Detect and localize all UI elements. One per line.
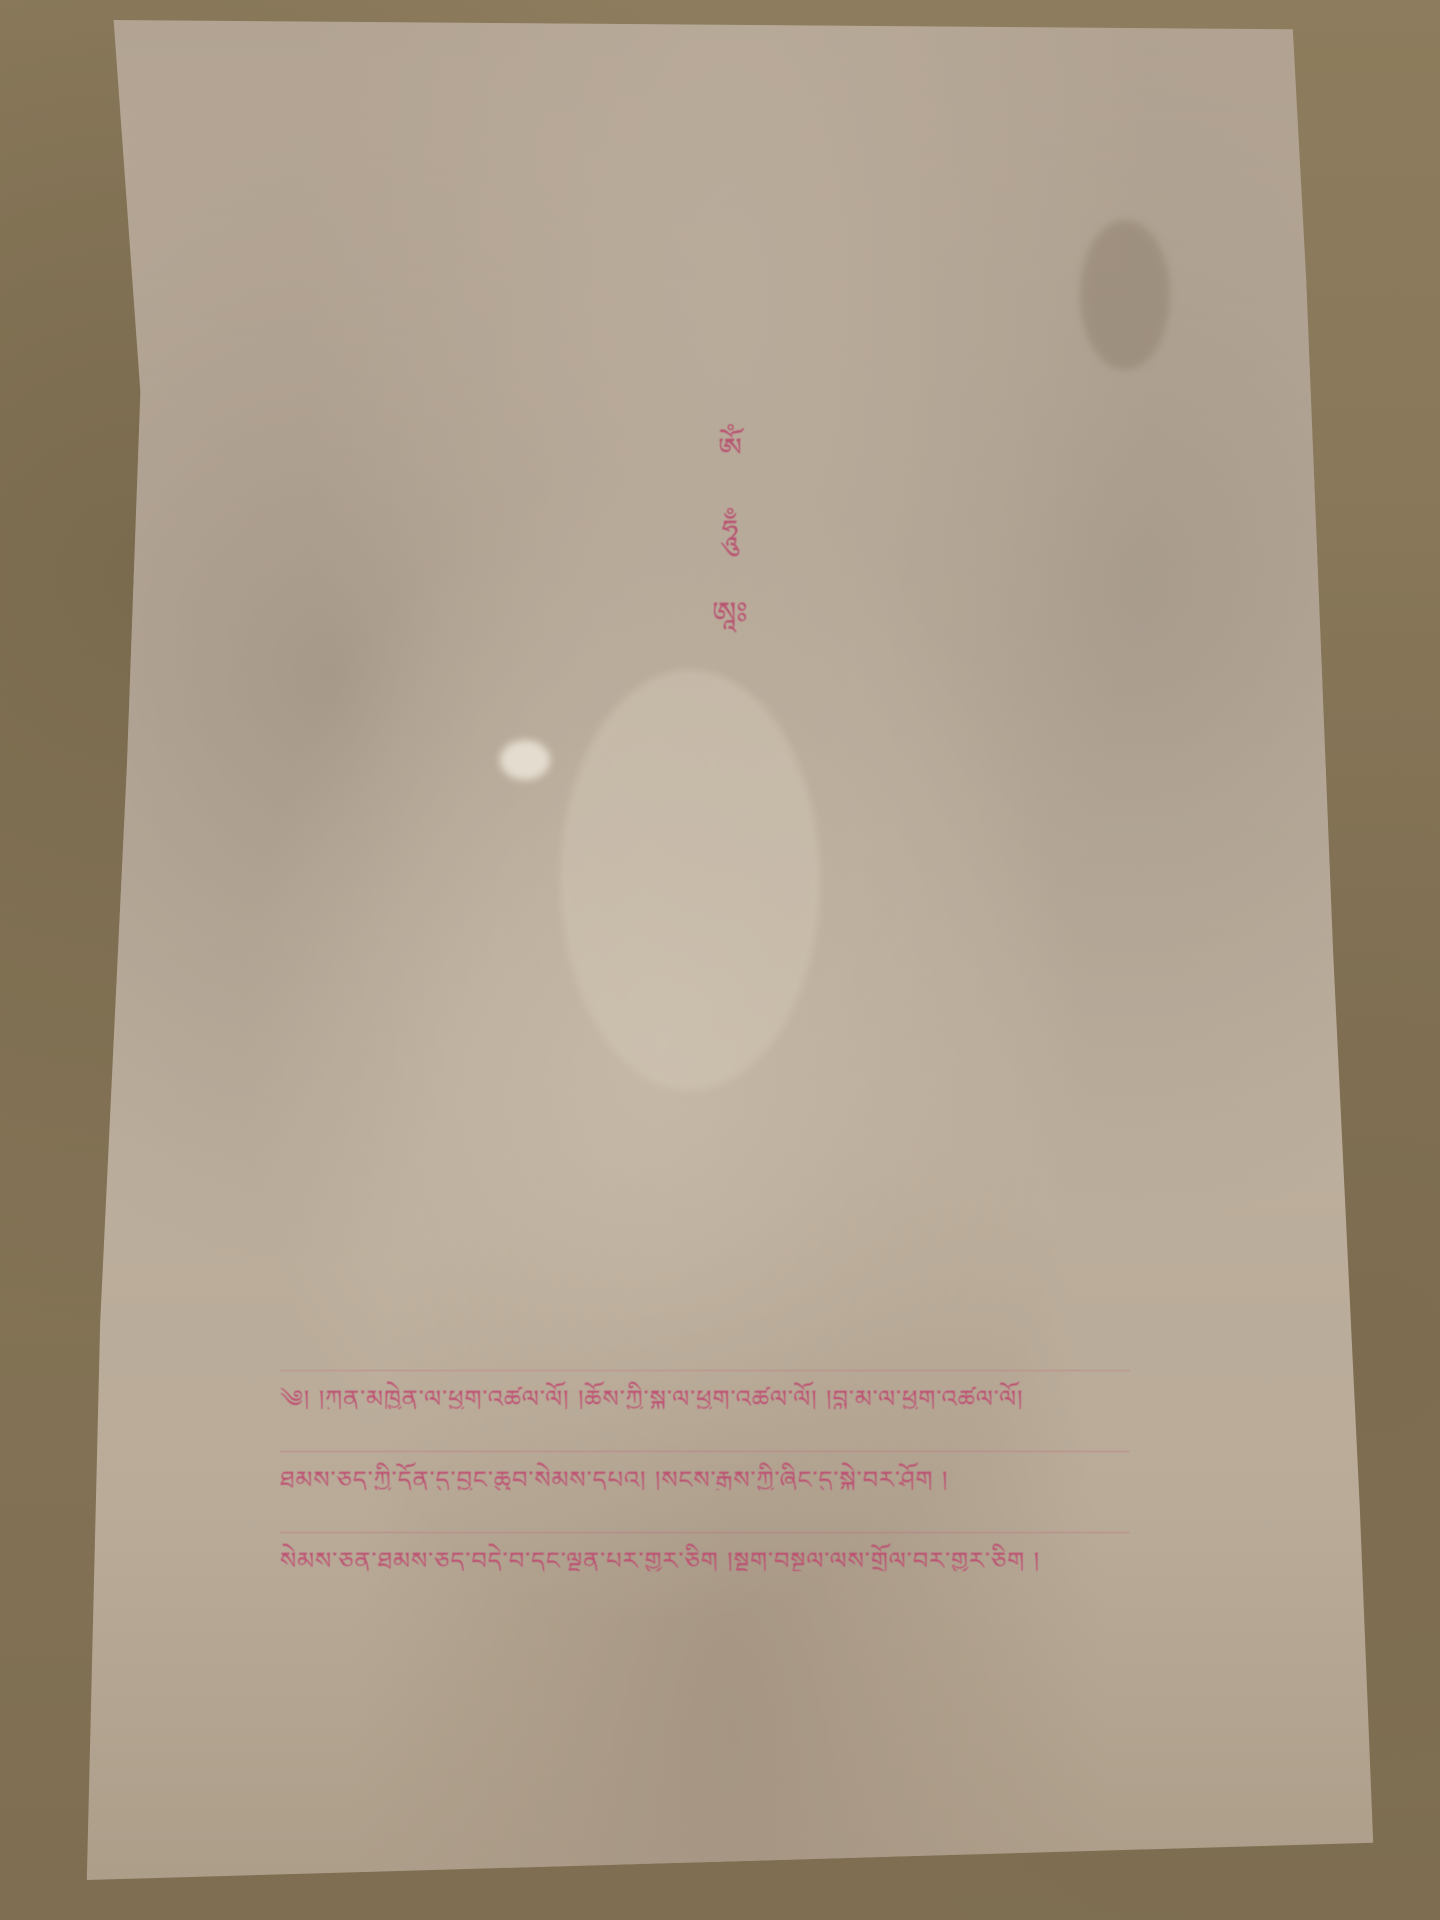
stain xyxy=(500,740,550,780)
inscription-line: ༄། །ཀུན་མཁྱེན་ལ་ཕྱག་འཚལ་ལོ། །ཆོས་ཀྱི་སྐུ… xyxy=(280,1370,1130,1409)
stain xyxy=(1080,220,1170,370)
seed-syllables: ཨོཾ ཧཱུྃ ཨཱཿ xyxy=(700,435,760,681)
inscription-line: ཐམས་ཅད་ཀྱི་དོན་དུ་བྱང་ཆུབ་སེམས་དཔའ། །སངས… xyxy=(280,1451,1130,1490)
inscription: ༄། །ཀུན་མཁྱེན་ལ་ཕྱག་འཚལ་ལོ། །ཆོས་ཀྱི་སྐུ… xyxy=(280,1370,1130,1613)
inscription-line: སེམས་ཅན་ཐམས་ཅད་བདེ་བ་དང་ལྡན་པར་གྱུར་ཅིག … xyxy=(280,1532,1130,1571)
seed-syllable: ཧཱུྃ xyxy=(700,517,760,547)
seed-syllable: ཨཱཿ xyxy=(700,599,760,629)
stain xyxy=(560,670,820,1090)
seed-syllable: ཨོཾ xyxy=(700,435,760,465)
